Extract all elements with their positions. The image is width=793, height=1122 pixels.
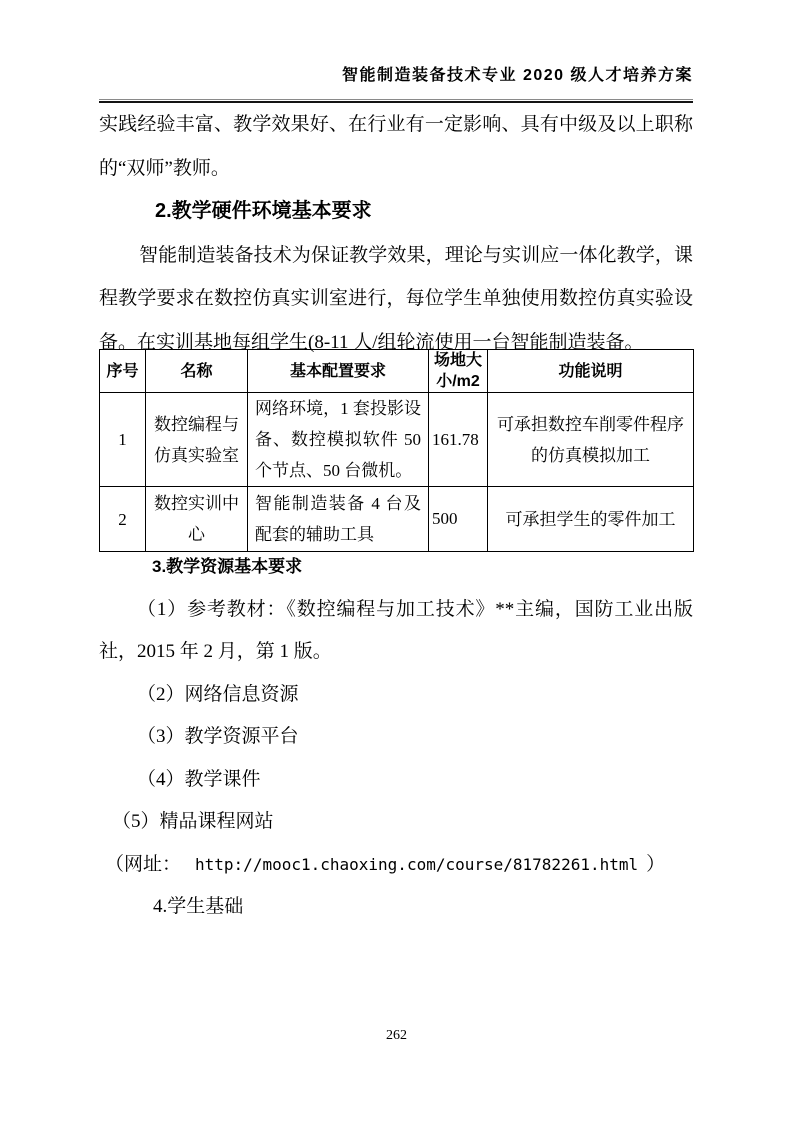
cell-name: 数控编程与仿真实验室 <box>146 393 248 487</box>
cell-area: 500 <box>429 487 488 552</box>
url-prefix: （网址： <box>105 854 181 875</box>
list-item-platform: （3）教学资源平台 <box>99 716 693 759</box>
list-item-courseware: （4）教学课件 <box>99 759 693 802</box>
document-page: 智能制造装备技术专业 2020 级人才培养方案 实践经验丰富、教学效果好、在行业… <box>0 0 793 1122</box>
equipment-table: 序号 名称 基本配置要求 场地大小/m2 功能说明 1 数控编程与仿真实验室 网… <box>99 349 694 552</box>
cell-name: 数控实训中心 <box>146 487 248 552</box>
cell-index: 1 <box>100 393 146 487</box>
table-row: 2 数控实训中心 智能制造装备 4 台及配套的辅助工具 500 可承担学生的零件… <box>100 487 694 552</box>
cell-index: 2 <box>100 487 146 552</box>
url-suffix: ） <box>646 854 665 875</box>
course-site-url-line: （网址：http://mooc1.chaoxing.com/course/817… <box>99 844 693 887</box>
cell-config: 智能制造装备 4 台及配套的辅助工具 <box>248 487 429 552</box>
document-body: 实践经验丰富、教学效果好、在行业有一定影响、具有中级及以上职称的“双师”教师。 … <box>99 103 693 929</box>
list-item-network: （2）网络信息资源 <box>99 674 693 717</box>
list-item-course-site: （5）精品课程网站 <box>99 801 693 844</box>
list-item-textbook: （1）参考教材：《数控编程与加工技术》**主编，国防工业出版社，2015 年 2… <box>99 589 693 674</box>
table-row: 1 数控编程与仿真实验室 网络环境，1 套投影设备、数控模拟软件 50 个节点、… <box>100 393 694 487</box>
page-number: 262 <box>0 1028 793 1044</box>
section-heading-students: 4.学生基础 <box>99 886 693 929</box>
cell-function: 可承担数控车削零件程序的仿真模拟加工 <box>488 393 694 487</box>
cell-config: 网络环境，1 套投影设备、数控模拟软件 50 个节点、50 台微机。 <box>248 393 429 487</box>
course-site-url: http://mooc1.chaoxing.com/course/8178226… <box>195 855 638 874</box>
section-heading-resources: 3.教学资源基本要求 <box>99 546 693 589</box>
resources-section: 3.教学资源基本要求 （1）参考教材：《数控编程与加工技术》**主编，国防工业出… <box>99 546 693 929</box>
paragraph-hardware-env: 智能制造装备技术为保证教学效果，理论与实训应一体化教学，课程教学要求在数控仿真实… <box>99 234 693 365</box>
section-heading-hardware: 2.教学硬件环境基本要求 <box>99 190 693 234</box>
paragraph-teachers: 实践经验丰富、教学效果好、在行业有一定影响、具有中级及以上职称的“双师”教师。 <box>99 103 693 190</box>
header-title: 智能制造装备技术专业 2020 级人才培养方案 <box>99 62 693 85</box>
cell-function: 可承担学生的零件加工 <box>488 487 694 552</box>
table-header-area: 场地大小/m2 <box>429 350 488 393</box>
cell-area: 161.78 <box>429 393 488 487</box>
